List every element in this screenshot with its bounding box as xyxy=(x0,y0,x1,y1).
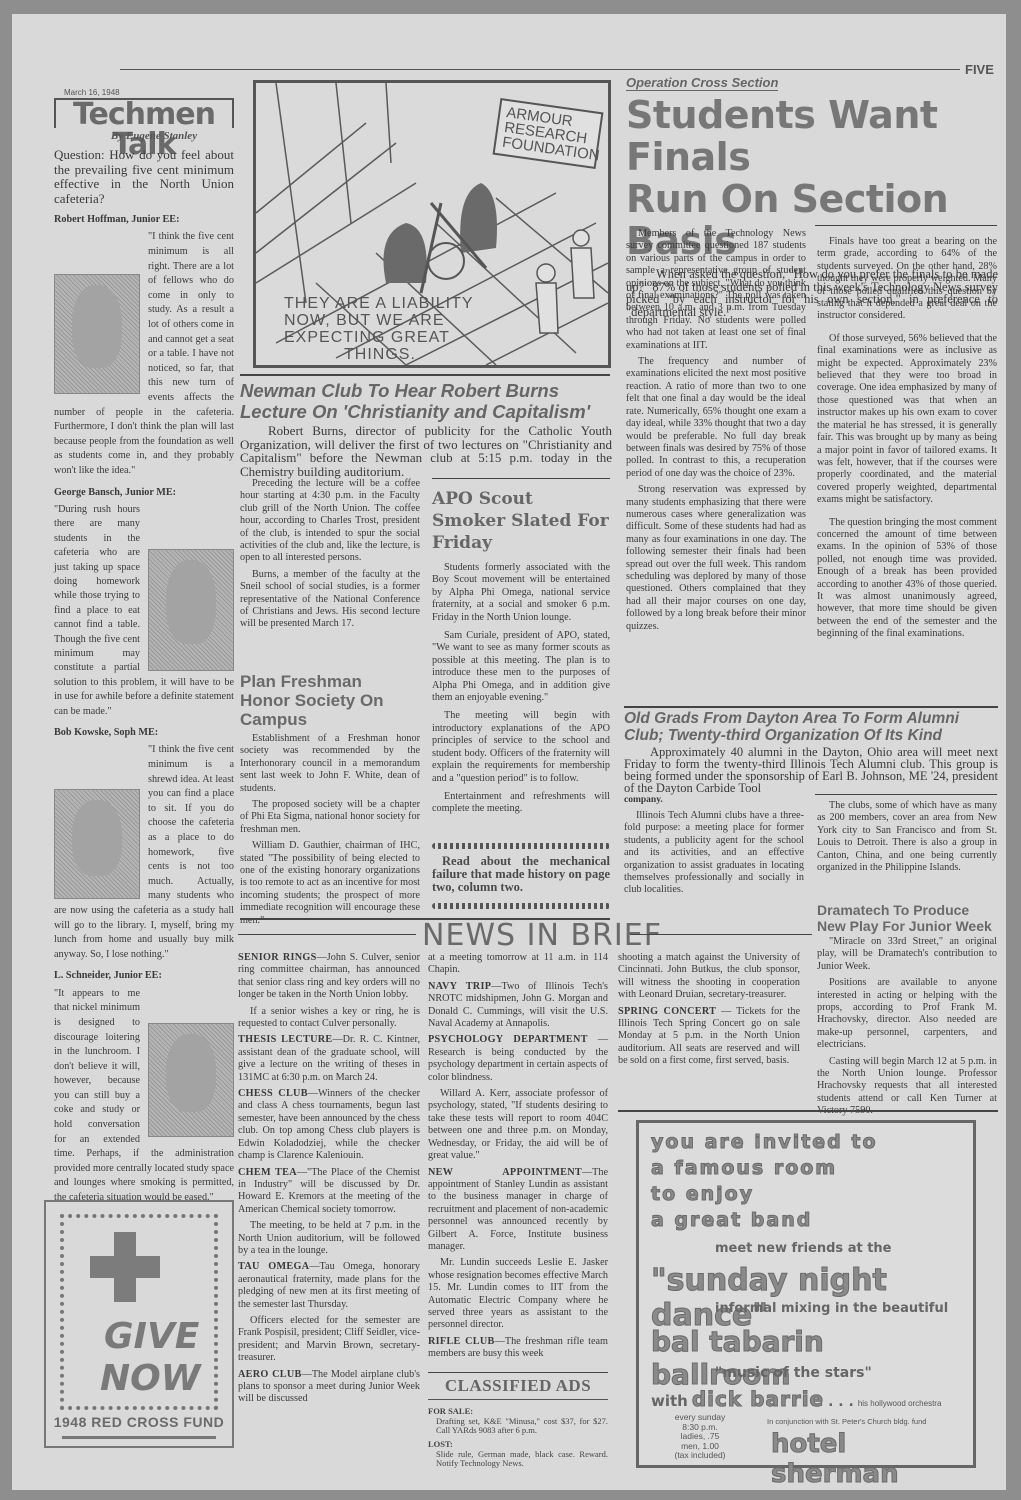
apo-smoker-story: APO Scout Smoker Slated For Friday Stude… xyxy=(432,488,610,820)
speaker-name: Bob Kowske, Soph ME: xyxy=(54,727,234,739)
paragraph: The question bringing the most comment c… xyxy=(817,517,997,641)
ad-line: to enjoy xyxy=(651,1183,754,1205)
portrait-photo-bansch xyxy=(148,549,234,671)
ad-orchestra: his hollywood orchestra xyxy=(858,1399,942,1408)
brief-item: NAVY TRIP—Two of Illinois Tech's NROTC m… xyxy=(428,981,608,1031)
cartoon-caption: THEY ARE A LIABILITY NOW, BUT WE ARE EXP… xyxy=(284,295,474,363)
portrait-photo-schneider xyxy=(148,1023,234,1137)
news-brief-col3: shooting a match against the University … xyxy=(618,952,800,1072)
brief-item: Willard A. Kerr, associate professor of … xyxy=(428,1088,608,1162)
wavy-rule-top xyxy=(432,843,610,849)
news-in-brief-right-rule xyxy=(630,934,812,935)
brief-item: SPRING CONCERT — Tickets for the Illinoi… xyxy=(618,1006,800,1068)
ad-schedule: every sunday 8:30 p.m. ladies, .75 men, … xyxy=(665,1413,735,1461)
now-text: NOW xyxy=(100,1358,200,1399)
brief-item: AERO CLUB—The Model airplane club's plan… xyxy=(238,1369,420,1406)
ad-meet-line: meet new friends at the xyxy=(715,1241,892,1256)
give-text: GIVE xyxy=(104,1316,199,1357)
news-in-brief-title: NEWS IN BRIEF xyxy=(422,918,662,953)
response-kowske: Bob Kowske, Soph ME: "I think the five c… xyxy=(54,727,234,962)
paragraph: The frequency and number of examinations… xyxy=(626,356,806,480)
classified-heading: LOST: xyxy=(428,1439,608,1449)
section-rule xyxy=(432,478,610,479)
promo-box[interactable]: Read about the mechanical failure that m… xyxy=(432,855,610,894)
paragraph: Sam Curiale, president of APO, stated, "… xyxy=(432,630,610,704)
classified-text: Drafting set, K&E "Minusa," cost $37, fo… xyxy=(436,1417,608,1435)
alumni-col1: Illinois Tech Alumni clubs have a three-… xyxy=(624,810,804,901)
brief-item: PSYCHOLOGY DEPARTMENT — Research is bein… xyxy=(428,1034,608,1084)
alumni-lead: Approximately 40 alumni in the Dayton, O… xyxy=(624,746,998,794)
brief-text: Willard A. Kerr, associate professor of … xyxy=(428,1088,608,1161)
caption-line: THINGS. xyxy=(284,346,474,363)
brief-text: Mr. Lundin succeeds Leslie E. Jasker who… xyxy=(428,1257,608,1330)
newman-club-body: Preceding the lecture will be a coffee h… xyxy=(240,478,420,635)
speaker-name: George Bansch, Junior ME: xyxy=(54,487,234,499)
brief-label: SENIOR RINGS xyxy=(238,952,317,963)
brief-item: RIFLE CLUB—The freshman rifle team membe… xyxy=(428,1336,608,1361)
paragraph: The proposed society will be a chapter o… xyxy=(240,799,420,836)
poll-question: Question: How do you feel about the prev… xyxy=(54,148,234,206)
ad-line: a famous room xyxy=(651,1157,837,1179)
sunday-night-dance-ad: you are invited to a famous room to enjo… xyxy=(636,1120,976,1468)
brief-text: Officers elected for the semester are Fr… xyxy=(238,1315,420,1363)
brief-label: TAU OMEGA xyxy=(238,1261,309,1272)
brief-text: shooting a match against the University … xyxy=(618,952,800,1000)
brief-label: RIFLE CLUB xyxy=(428,1336,495,1347)
classified-title: CLASSIFIED ADS xyxy=(428,1376,608,1396)
paragraph: The clubs, some of which have as many as… xyxy=(817,800,997,874)
newman-club-headline: Newman Club To Hear Robert Burns Lecture… xyxy=(240,380,612,422)
paragraph: William D. Gauthier, chairman of IHC, st… xyxy=(240,840,420,927)
brief-item: SENIOR RINGS—John S. Culver, senior ring… xyxy=(238,952,420,1002)
dramatech-headline: Dramatech To Produce New Play For Junior… xyxy=(817,902,997,934)
brief-label: CHEM TEA xyxy=(238,1167,297,1178)
brief-item: If a senior wishes a key or ring, he is … xyxy=(238,1006,420,1031)
freshman-honor-story: Plan Freshman Honor Society On Campus Es… xyxy=(240,672,420,931)
finals-col1: Members of the Technology News survey co… xyxy=(626,228,806,637)
ad-line: you are invited to xyxy=(651,1131,878,1153)
paragraph: The meeting will begin with introductory… xyxy=(432,710,610,784)
response-schneider: L. Schneider, Junior EE: "It appears to … xyxy=(54,970,234,1205)
portrait-photo-hoffman xyxy=(54,274,140,394)
paragraph: Finals have too great a bearing on the t… xyxy=(817,236,997,323)
finals-col2: Finals have too great a bearing on the t… xyxy=(817,236,997,645)
speaker-name: L. Schneider, Junior EE: xyxy=(54,970,234,982)
speaker-name: Robert Hoffman, Junior EE: xyxy=(54,214,234,226)
brief-text: —The appointment of Stanley Lundin as as… xyxy=(428,1167,608,1252)
ad-fund-note: In conjunction with St. Peter's Church b… xyxy=(767,1417,926,1426)
newman-club-story: Newman Club To Hear Robert Burns Lecture… xyxy=(240,380,612,482)
classified-ads: CLASSIFIED ADS FOR SALE: Drafting set, K… xyxy=(428,1376,608,1468)
brief-label: AERO CLUB xyxy=(238,1369,302,1380)
caption-line: THEY ARE A LIABILITY xyxy=(284,295,474,312)
paragraph: Entertainment and refreshments will comp… xyxy=(432,791,610,816)
ad-mixing-line: informal mixing in the beautiful xyxy=(715,1301,948,1316)
paragraph: "Miracle on 33rd Street," an original pl… xyxy=(817,936,997,973)
classified-rule xyxy=(428,1399,608,1400)
section-rule xyxy=(618,1110,998,1112)
brief-label: THESIS LECTURE xyxy=(238,1034,332,1045)
techmen-talk-column: Techmen Talk By Eugene Stanley Question:… xyxy=(54,98,234,1210)
paragraph: Burns, a member of the faculty at the Sn… xyxy=(240,569,420,631)
ad-with-label: with xyxy=(651,1392,688,1410)
editorial-cartoon: ARMOUR RESEARCH FOUNDATION THEY ARE A LI… xyxy=(253,80,611,368)
red-cross-ad: GIVE NOW 1948 RED CROSS FUND xyxy=(44,1200,234,1448)
paragraph: Illinois Tech Alumni clubs have a three-… xyxy=(624,810,804,897)
dramatech-story: Dramatech To Produce New Play For Junior… xyxy=(817,902,997,1122)
news-brief-col1: SENIOR RINGS—John S. Culver, senior ring… xyxy=(238,952,420,1410)
red-cross-icon-bar xyxy=(90,1256,160,1278)
classified-heading: FOR SALE: xyxy=(428,1406,608,1416)
section-rule xyxy=(428,1372,608,1373)
top-rule xyxy=(120,69,960,70)
paragraph: Strong reservation was expressed by many… xyxy=(626,484,806,633)
ad-tagline: "music of the stars" xyxy=(715,1365,872,1381)
red-cross-fund-label: 1948 RED CROSS FUND xyxy=(46,1414,232,1430)
news-in-brief-left-rule xyxy=(238,934,416,935)
alumni-col2: The clubs, some of which have as many as… xyxy=(817,800,997,878)
freshman-honor-headline: Plan Freshman Honor Society On Campus xyxy=(240,672,410,729)
brief-item: shooting a match against the University … xyxy=(618,952,800,1002)
brief-item: TAU OMEGA—Tau Omega, honorary aeronautic… xyxy=(238,1261,420,1311)
brief-item: Mr. Lundin succeeds Leslie E. Jasker who… xyxy=(428,1257,608,1331)
portrait-photo-kowske xyxy=(54,789,140,899)
response-bansch: George Bansch, Junior ME: "During rush h… xyxy=(54,487,234,720)
paragraph: Casting will begin March 12 at 5 p.m. in… xyxy=(817,1056,997,1118)
section-rule xyxy=(240,374,610,376)
alumni-headline: Old Grads From Dayton Area To Form Alumn… xyxy=(624,710,998,744)
promo-text: Read about the mechanical failure that m… xyxy=(432,855,610,894)
response-hoffman: Robert Hoffman, Junior EE: "I think the … xyxy=(54,214,234,479)
paragraph: Preceding the lecture will be a coffee h… xyxy=(240,478,420,565)
paragraph: Positions are available to anyone intere… xyxy=(817,977,997,1051)
brief-item: NEW APPOINTMENT—The appointment of Stanl… xyxy=(428,1167,608,1254)
brief-item: CHEM TEA—"The Place of the Chemist in In… xyxy=(238,1167,420,1217)
brief-item: CHESS CLUB—Winners of the checker and cl… xyxy=(238,1088,420,1162)
ad-hotel-name: hotel sherman xyxy=(771,1429,973,1489)
issue-date: March 16, 1948 xyxy=(64,88,120,97)
brief-text: The meeting, to be held at 7 p.m. in the… xyxy=(238,1220,420,1256)
section-rule xyxy=(815,794,997,795)
brief-label: NEW APPOINTMENT xyxy=(428,1167,582,1178)
schedule-line: (tax included) xyxy=(665,1451,735,1461)
brief-item: THESIS LECTURE—Dr. R. C. Kintner, assist… xyxy=(238,1034,420,1084)
brief-label: SPRING CONCERT xyxy=(618,1006,716,1017)
section-rule xyxy=(624,706,998,708)
brief-text: at a meeting tomorrow at 11 a.m. in 114 … xyxy=(428,952,608,975)
brief-label: CHESS CLUB xyxy=(238,1088,308,1099)
techmen-talk-title-box: Techmen Talk xyxy=(54,98,234,128)
brief-text: If a senior wishes a key or ring, he is … xyxy=(238,1006,420,1029)
ad-line: a great band xyxy=(651,1209,812,1231)
kicker-operation-cross-section: Operation Cross Section xyxy=(626,75,778,91)
ad-event-name: "sunday night dance" xyxy=(651,1263,973,1333)
brief-item: Officers elected for the semester are Fr… xyxy=(238,1315,420,1365)
ad-bandleader: dick barrie xyxy=(692,1387,824,1411)
ad-venue: bal tabarin ballroom xyxy=(651,1325,973,1391)
red-cross-underline xyxy=(62,1436,216,1439)
brief-item: at a meeting tomorrow at 11 a.m. in 114 … xyxy=(428,952,608,977)
paragraph: Members of the Technology News survey co… xyxy=(626,228,806,352)
newman-club-lead: Robert Burns, director of publicity for … xyxy=(240,424,612,478)
apo-headline: APO Scout Smoker Slated For Friday xyxy=(432,488,610,554)
paragraph: Students formerly associated with the Bo… xyxy=(432,562,610,624)
ad-band-line: with dick barrie . . . his hollywood orc… xyxy=(651,1387,941,1411)
ad-dots: . . . xyxy=(828,1394,854,1410)
caption-line: NOW, BUT WE ARE xyxy=(284,312,474,329)
brief-label: NAVY TRIP xyxy=(428,981,491,992)
finals-headline-line1: Students Want Finals xyxy=(626,94,998,178)
red-cross-ad-frame: GIVE NOW xyxy=(60,1214,218,1410)
news-brief-col2: at a meeting tomorrow at 11 a.m. in 114 … xyxy=(428,952,608,1365)
paragraph: Establishment of a Freshman honor societ… xyxy=(240,733,420,795)
caption-line: EXPECTING GREAT xyxy=(284,329,474,346)
classified-text: Slide rule, German made, black case. Rew… xyxy=(436,1450,608,1468)
paragraph: Of those surveyed, 56% believed that the… xyxy=(817,333,997,507)
brief-label: PSYCHOLOGY DEPARTMENT xyxy=(428,1034,588,1045)
alumni-story: Old Grads From Dayton Area To Form Alumn… xyxy=(624,710,998,806)
section-rule xyxy=(815,225,997,226)
brief-item: The meeting, to be held at 7 p.m. in the… xyxy=(238,1220,420,1257)
wavy-rule-bottom xyxy=(432,903,610,909)
